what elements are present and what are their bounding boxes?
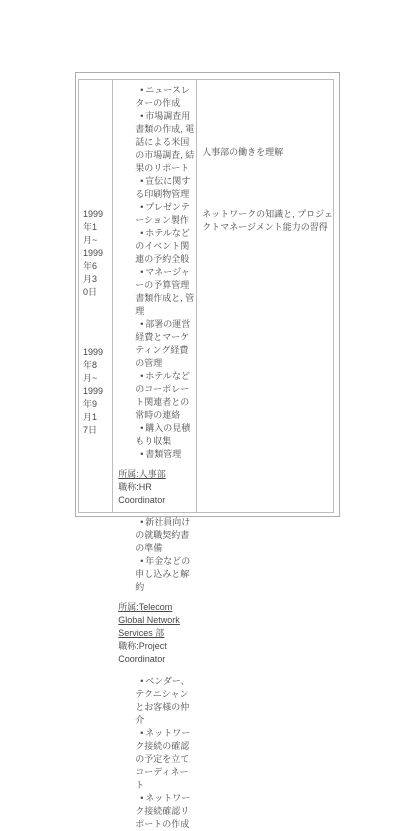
duty-item: ネットワーク接続の確認の予定を立てコーディネート: [113, 727, 196, 792]
duties-list-1: ニュースレターの作成市場調査用書類の作成, 電話による米国の市場調査, 結果のリ…: [113, 84, 196, 461]
duty-item: 部署の運営経費とマーケティング経費の管理: [113, 318, 196, 370]
period-1: 1999 年1 月~ 1999 年6 月3 0日: [83, 208, 103, 299]
affiliation-2-label: 所属:Telecom Global Network Services 部: [118, 601, 196, 640]
duty-item: 年金などの申し込みと解約: [113, 555, 196, 594]
career-history-table: 1999 年1 月~ 1999 年6 月3 0日 1999 年8 月~ 1999…: [78, 79, 334, 513]
duty-item: プレゼンテーション製作: [113, 201, 196, 227]
table-outer-frame: 1999 年1 月~ 1999 年6 月3 0日 1999 年8 月~ 1999…: [75, 72, 340, 517]
duty-item: 購入の見積もり収集: [113, 422, 196, 448]
duty-item: ニュースレターの作成: [113, 84, 196, 110]
affiliation-1-label: 所属:人事部: [118, 468, 196, 481]
duty-item: 書類管理: [113, 448, 196, 461]
duty-item: ネットワーク接続確認リポートの作成: [113, 792, 196, 831]
duties-list-2: 新社員向けの就職契約書の準備年金などの申し込みと解約: [113, 516, 196, 594]
job-title-2: 職称:Project Coordinator: [118, 640, 196, 666]
period-2: 1999 年8 月~ 1999 年9 月1 7日: [83, 346, 103, 437]
duty-item: 市場調査用書類の作成, 電話による米国の市場調査, 結果のリポート: [113, 110, 196, 175]
duty-item: ホテルなどのイベント関連の予約全般: [113, 227, 196, 266]
job-title-1: 職称:HR Coordinator: [118, 481, 196, 507]
period-column: 1999 年1 月~ 1999 年6 月3 0日 1999 年8 月~ 1999…: [79, 80, 112, 512]
duty-item: 新社員向けの就職契約書の準備: [113, 516, 196, 555]
note-2: ネットワークの知識と, プロジェ クトマネージメント能力の習得: [197, 208, 333, 234]
duty-item: ホテルなどのコーポレート関連者との常時の連絡: [113, 370, 196, 422]
duty-item: 宣伝に関する印刷物管理: [113, 175, 196, 201]
notes-column: 人事部の働きを理解 ネットワークの知識と, プロジェ クトマネージメント能力の習…: [197, 80, 333, 512]
note-1: 人事部の働きを理解: [197, 146, 333, 159]
duty-item: ベンダー、テクニシャンとお客様の仲介: [113, 675, 196, 727]
duties-list-3: ベンダー、テクニシャンとお客様の仲介ネットワーク接続の確認の予定を立てコーディネ…: [113, 675, 196, 831]
duty-item: マネージャーの予算管理書類作成と, 管理: [113, 266, 196, 318]
duties-column: ニュースレターの作成市場調査用書類の作成, 電話による米国の市場調査, 結果のリ…: [112, 80, 197, 512]
